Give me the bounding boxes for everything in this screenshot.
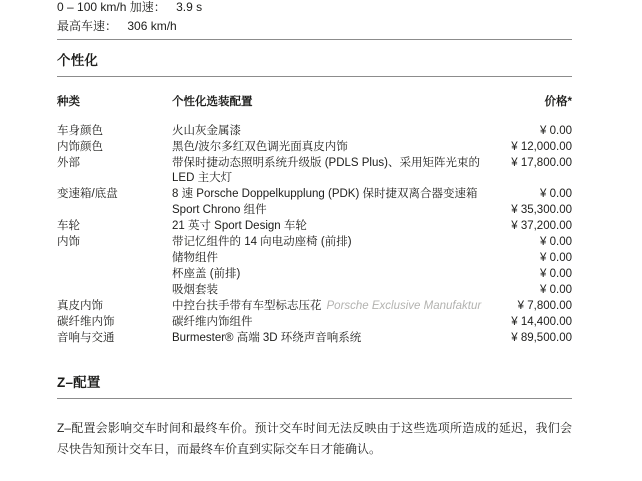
category-cell: 内饰 [57, 235, 172, 250]
category-cell: 外部 [57, 156, 172, 186]
spec-label: 0 – 100 km/h 加速： [57, 0, 166, 14]
price-cell: ¥ 7,800.00 [494, 299, 572, 314]
table-row: 变速箱/底盘 8 速 Porsche Doppelkupplung (PDK) … [57, 186, 572, 202]
table-row: Sport Chrono 组件 ¥ 35,300.00 [57, 202, 572, 218]
table-row: 真皮内饰 中控台扶手带有车型标志压花Porsche Exclusive Manu… [57, 298, 572, 314]
option-label: 储物组件 [172, 252, 218, 264]
table-row: 车身颜色 火山灰金属漆 ¥ 0.00 [57, 123, 572, 139]
option-label: 21 英寸 Sport Design 车轮 [172, 220, 307, 232]
category-cell: 车轮 [57, 219, 172, 234]
option-cell: Sport Chrono 组件 [172, 203, 494, 218]
option-cell: 21 英寸 Sport Design 车轮 [172, 219, 494, 234]
spec-line: 0 – 100 km/h 加速： 3.9 s [57, 0, 572, 17]
option-cell: 碳纤维内饰组件 [172, 315, 494, 330]
option-cell: 8 速 Porsche Doppelkupplung (PDK) 保时捷双离合器… [172, 187, 494, 202]
table-row: 储物组件 ¥ 0.00 [57, 250, 572, 266]
spec-line: 最高车速： 306 km/h [57, 17, 572, 36]
table-row: 内饰颜色 黑色/波尔多红双色调光面真皮内饰 ¥ 12,000.00 [57, 139, 572, 155]
spec-value: 306 km/h [127, 19, 176, 33]
price-cell: ¥ 12,000.00 [494, 140, 572, 155]
table-row: 音响与交通 Burmester® 高端 3D 环绕声音响系统 ¥ 89,500.… [57, 330, 572, 346]
table-row: 内饰 带记忆组件的 14 向电动座椅 (前排) ¥ 0.00 [57, 234, 572, 250]
option-label: 带记忆组件的 14 向电动座椅 (前排) [172, 236, 352, 248]
option-cell: 火山灰金属漆 [172, 124, 494, 139]
price-cell: ¥ 14,400.00 [494, 315, 572, 330]
table-row: 车轮 21 英寸 Sport Design 车轮 ¥ 37,200.00 [57, 218, 572, 234]
option-cell: 中控台扶手带有车型标志压花Porsche Exclusive Manufaktu… [172, 299, 494, 314]
table-row: 杯座盖 (前排) ¥ 0.00 [57, 266, 572, 282]
price-cell: ¥ 0.00 [494, 251, 572, 266]
z-config-section-title: Z–配置 [57, 362, 572, 398]
spec-label: 最高车速： [57, 19, 117, 33]
price-cell: ¥ 0.00 [494, 187, 572, 202]
table-row: 吸烟套装 ¥ 0.00 [57, 282, 572, 298]
category-cell: 内饰颜色 [57, 140, 172, 155]
category-cell [57, 283, 172, 298]
price-cell: ¥ 37,200.00 [494, 219, 572, 234]
column-header-option: 个性化选装配置 [172, 95, 494, 110]
configuration-document-page: 0 – 100 km/h 加速： 3.9 s 最高车速： 306 km/h 个性… [0, 0, 642, 460]
option-label: 杯座盖 (前排) [172, 268, 240, 280]
option-label: Sport Chrono 组件 [172, 204, 267, 216]
price-cell: ¥ 0.00 [494, 267, 572, 282]
options-table-header: 种类 个性化选装配置 价格* [57, 94, 572, 110]
personalization-section-title: 个性化 [57, 40, 572, 76]
category-cell: 音响与交通 [57, 331, 172, 346]
table-row: 碳纤维内饰 碳纤维内饰组件 ¥ 14,400.00 [57, 314, 572, 330]
option-label: 8 速 Porsche Doppelkupplung (PDK) 保时捷双离合器… [172, 188, 477, 200]
category-cell [57, 251, 172, 266]
option-cell: 带保时捷动态照明系统升级版 (PDLS Plus)、采用矩阵光束的 LED 主大… [172, 156, 494, 186]
option-label: 碳纤维内饰组件 [172, 316, 253, 328]
option-label: Burmester® 高端 3D 环绕声音响系统 [172, 332, 361, 344]
options-table-body: 车身颜色 火山灰金属漆 ¥ 0.00 内饰颜色 黑色/波尔多红双色调光面真皮内饰… [57, 123, 572, 346]
option-cell: 黑色/波尔多红双色调光面真皮内饰 [172, 140, 494, 155]
price-cell: ¥ 89,500.00 [494, 331, 572, 346]
table-row: 外部 带保时捷动态照明系统升级版 (PDLS Plus)、采用矩阵光束的 LED… [57, 155, 572, 186]
option-label: 黑色/波尔多红双色调光面真皮内饰 [172, 141, 348, 153]
spec-value: 3.9 s [176, 0, 202, 14]
performance-specs: 0 – 100 km/h 加速： 3.9 s 最高车速： 306 km/h [57, 0, 572, 36]
column-header-price: 价格* [494, 95, 572, 110]
category-cell: 车身颜色 [57, 124, 172, 139]
option-label: 吸烟套装 [172, 284, 218, 296]
category-cell [57, 267, 172, 282]
option-cell: 杯座盖 (前排) [172, 267, 494, 282]
category-cell [57, 203, 172, 218]
column-header-category: 种类 [57, 95, 172, 110]
options-table: 种类 个性化选装配置 价格* 车身颜色 火山灰金属漆 ¥ 0.00 内饰颜色 黑… [57, 94, 572, 346]
option-label: 带保时捷动态照明系统升级版 (PDLS Plus)、采用矩阵光束的 LED 主大… [172, 157, 480, 184]
price-cell: ¥ 0.00 [494, 124, 572, 139]
option-cell: 储物组件 [172, 251, 494, 266]
section-divider [57, 398, 572, 399]
option-cell: Burmester® 高端 3D 环绕声音响系统 [172, 331, 494, 346]
price-cell: ¥ 35,300.00 [494, 203, 572, 218]
option-cell: 带记忆组件的 14 向电动座椅 (前排) [172, 235, 494, 250]
exclusive-manufaktur-label: Porsche Exclusive Manufaktur [327, 300, 482, 312]
category-cell: 变速箱/底盘 [57, 187, 172, 202]
price-cell: ¥ 17,800.00 [494, 156, 572, 186]
option-label: 火山灰金属漆 [172, 125, 241, 137]
option-label: 中控台扶手带有车型标志压花 [172, 300, 322, 312]
category-cell: 真皮内饰 [57, 299, 172, 314]
category-cell: 碳纤维内饰 [57, 315, 172, 330]
option-cell: 吸烟套装 [172, 283, 494, 298]
section-divider [57, 76, 572, 77]
z-config-note: Z–配置会影响交车时间和最终车价。预计交车时间无法反映由于这些选项所造成的延迟，… [57, 418, 572, 460]
price-cell: ¥ 0.00 [494, 283, 572, 298]
price-cell: ¥ 0.00 [494, 235, 572, 250]
